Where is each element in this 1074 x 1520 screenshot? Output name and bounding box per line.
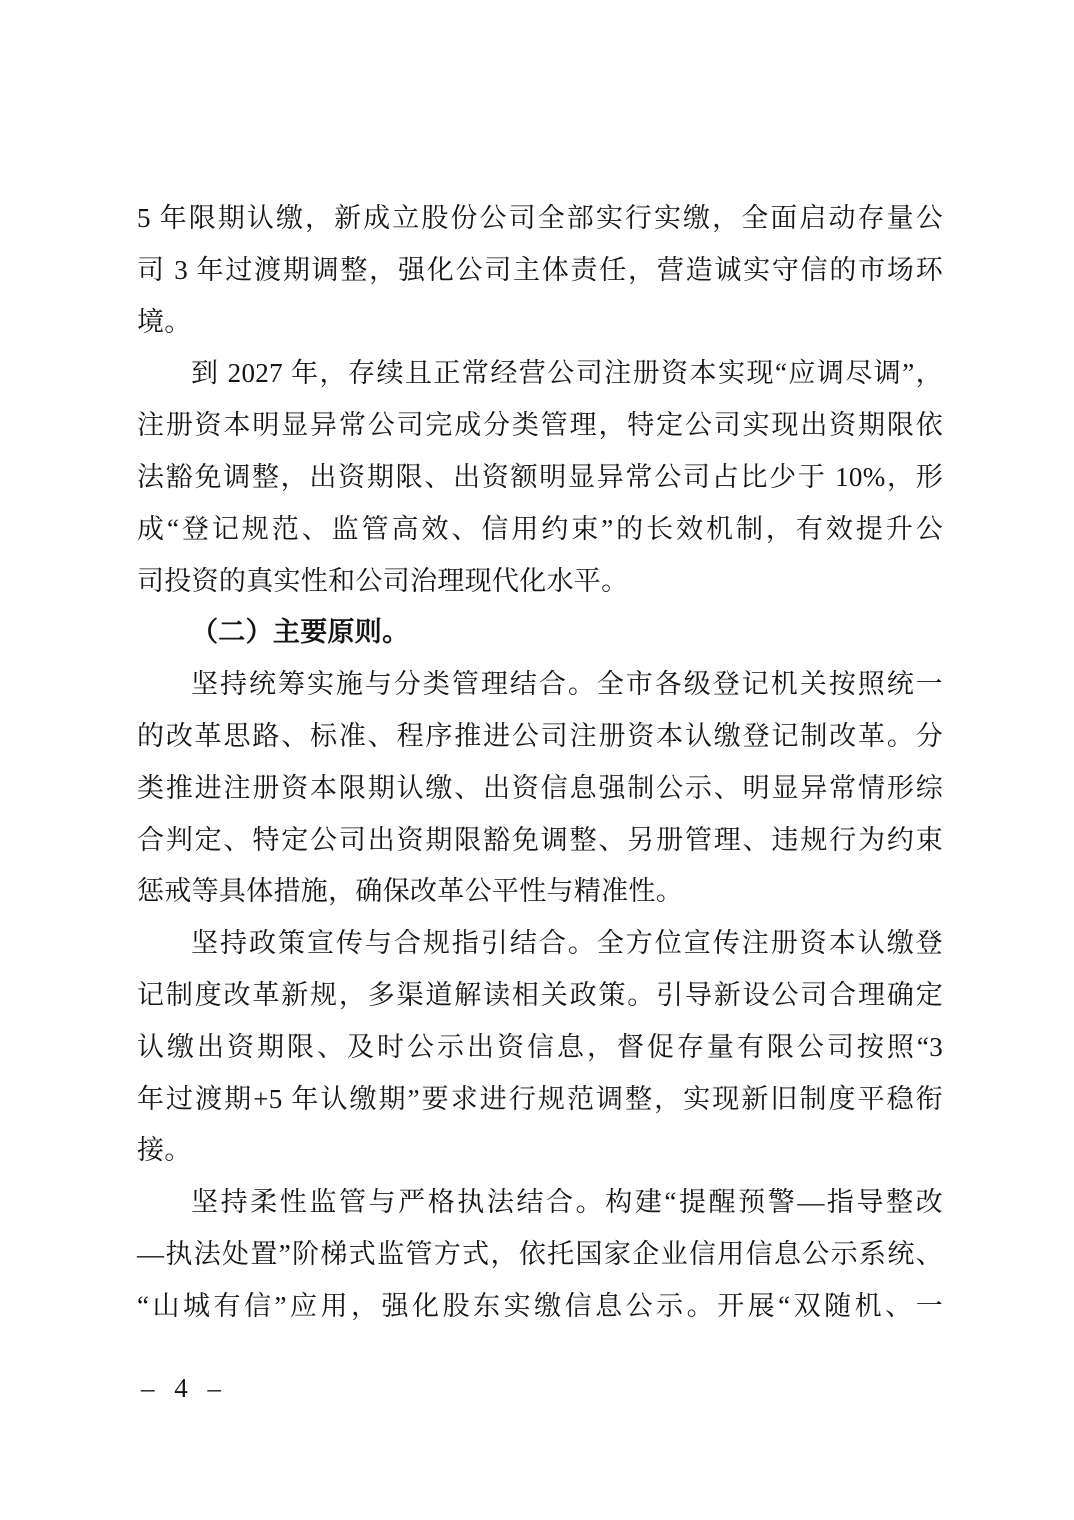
document-line: 注册资本明显异常公司完成分类管理，特定公司实现出资期限依 [137,400,943,452]
document-line: 类推进注册资本限期认缴、出资信息强制公示、明显异常情形综 [137,763,943,815]
document-line: 年过渡期+5 年认缴期”要求进行规范调整，实现新旧制度平稳衔 [137,1074,943,1126]
document-line: 惩戒等具体措施，确保改革公平性与精准性。 [137,866,943,918]
document-line: 5 年限期认缴，新成立股份公司全部实行实缴，全面启动存量公 [137,193,943,245]
document-line: 司 3 年过渡期调整，强化公司主体责任，营造诚实守信的市场环 [137,245,943,297]
document-line: 成“登记规范、监管高效、信用约束”的长效机制，有效提升公 [137,504,943,556]
document-line: 坚持统筹实施与分类管理结合。全市各级登记机关按照统一 [137,659,943,711]
document-line: 记制度改革新规，多渠道解读相关政策。引导新设公司合理确定 [137,970,943,1022]
document-line: 法豁免调整，出资期限、出资额明显异常公司占比少于 10%，形 [137,452,943,504]
document-line: 认缴出资期限、及时公示出资信息，督促存量有限公司按照“3 [137,1022,943,1074]
document-line: （二）主要原则。 [137,607,943,659]
document-line: 合判定、特定公司出资期限豁免调整、另册管理、违规行为约束 [137,815,943,867]
document-line: 司投资的真实性和公司治理现代化水平。 [137,556,943,608]
document-line: 接。 [137,1125,943,1177]
document-line: —执法处置”阶梯式监管方式，依托国家企业信用信息公示系统、 [137,1229,943,1281]
document-line: 的改革思路、标准、程序推进公司注册资本认缴登记制改革。分 [137,711,943,763]
document-line: “山城有信”应用，强化股东实缴信息公示。开展“双随机、一 [137,1281,943,1333]
page-number: – 4 – [141,1368,223,1408]
document-body: 5 年限期认缴，新成立股份公司全部实行实缴，全面启动存量公司 3 年过渡期调整，… [137,193,943,1333]
document-line: 坚持柔性监管与严格执法结合。构建“提醒预警—指导整改 [137,1177,943,1229]
document-line: 坚持政策宣传与合规指引结合。全方位宣传注册资本认缴登 [137,918,943,970]
document-line: 到 2027 年，存续且正常经营公司注册资本实现“应调尽调”， [137,348,943,400]
document-line: 境。 [137,297,943,349]
document-page: 5 年限期认缴，新成立股份公司全部实行实缴，全面启动存量公司 3 年过渡期调整，… [0,0,1074,1520]
